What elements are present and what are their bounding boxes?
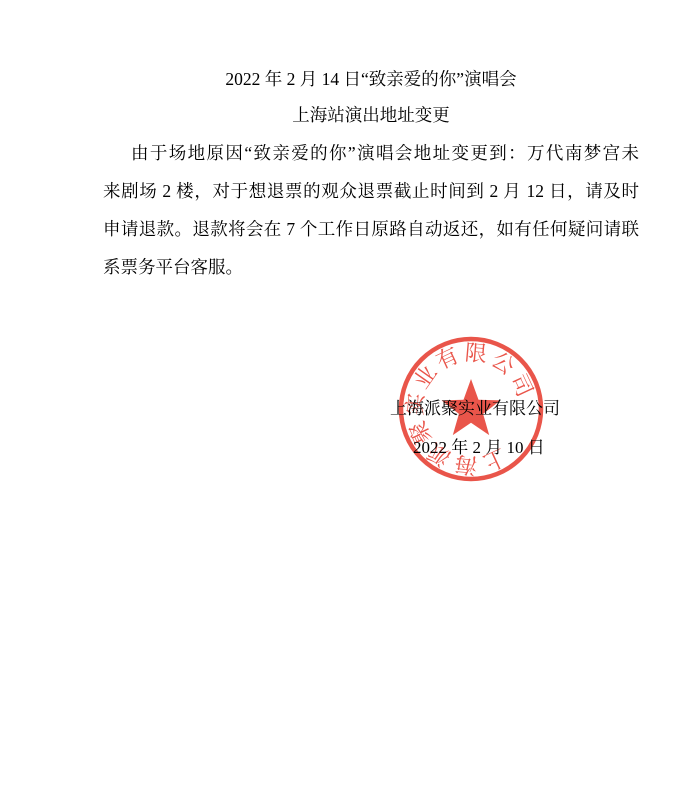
seal-char: 司: [506, 370, 538, 401]
body-line: 由于场地原因“致亲爱的你”演唱会地址变更到：万代南梦宫未: [103, 134, 639, 172]
body-line: 来剧场 2 楼，对于想退票的观众退票截止时间到 2 月 12 日，请及时: [103, 172, 639, 210]
signature-company: 上海派聚实业有限公司: [390, 399, 560, 419]
signature-date: 2022 年 2 月 10 日: [413, 438, 545, 458]
seal-char: 业: [409, 361, 442, 393]
body-line: 系票务平台客服。: [103, 248, 639, 286]
seal-char: 限: [464, 340, 488, 367]
document-subtitle: 上海站演出地址变更: [103, 101, 639, 129]
document-page: 2022 年 2 月 14 日“致亲爱的你”演唱会 上海站演出地址变更 由于场地…: [0, 0, 691, 799]
seal-char: 公: [487, 347, 519, 380]
seal-char: 有: [432, 342, 463, 374]
body-line: 申请退款。退款将会在 7 个工作日原路自动返还，如有任何疑问请联: [103, 210, 639, 248]
document-title: 2022 年 2 月 14 日“致亲爱的你”演唱会: [103, 64, 639, 94]
body-paragraph: 由于场地原因“致亲爱的你”演唱会地址变更到：万代南梦宫未 来剧场 2 楼，对于想…: [103, 134, 639, 286]
